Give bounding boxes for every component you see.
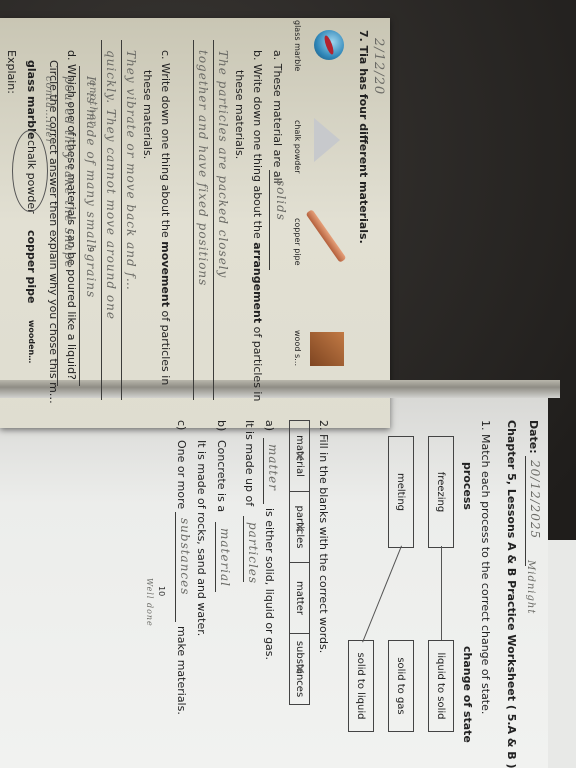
page-number-10: 10: [157, 586, 166, 596]
teacher-note: Well done: [145, 578, 154, 627]
material-label: chalk powder: [290, 120, 304, 174]
page-number-9: 9: [86, 247, 95, 252]
q2a-answer[interactable]: matter: [266, 444, 280, 491]
q2b-answer[interactable]: material: [218, 528, 232, 587]
answer-line: [263, 438, 264, 504]
q2a-text: is either solid, liquid or gas.: [262, 508, 276, 660]
answer-7b-line-1[interactable]: The particles are packed closely: [216, 50, 230, 278]
q2c-answer[interactable]: substances: [178, 518, 192, 595]
question-7b-prompt-cont: these materials.: [232, 70, 246, 159]
q2a-label: a): [262, 420, 276, 431]
answer-line: [269, 170, 270, 270]
date-label: Date:: [526, 420, 540, 454]
process-melting[interactable]: melting: [388, 436, 414, 548]
worksheet-title: Chapter 5, Lessons A & B Practice Worksh…: [504, 420, 518, 768]
question-1-prompt: 1. Match each process to the correct cha…: [478, 420, 492, 714]
answer-7d-line-3[interactable]: conta…iner: [43, 76, 54, 144]
side-sheet-handwriting: Midnight: [525, 560, 536, 614]
change-solid-to-liquid[interactable]: solid to liquid: [348, 640, 374, 732]
glass-marble-image: [314, 30, 344, 60]
answer-line: [243, 516, 244, 582]
change-solid-to-gas[interactable]: solid to gas: [388, 640, 414, 732]
top-date-handwriting: 2/12/20: [371, 38, 386, 95]
match-line-melting: [362, 546, 402, 643]
change-liquid-to-solid[interactable]: liquid to solid: [428, 640, 454, 732]
date-value[interactable]: 20/12/2025: [528, 460, 542, 539]
q2a-line2: It is made up of: [242, 420, 256, 506]
word-matter: matter: [290, 563, 309, 634]
column-process: process: [460, 462, 474, 510]
material-label: wood s…: [290, 330, 304, 366]
q2a-line2-answer[interactable]: particles: [246, 522, 260, 584]
explain-label: Explain:: [4, 50, 18, 94]
explain-answer-block: It is made of many small grains poured t…: [20, 6, 100, 386]
question-7c-prompt-cont: these materials.: [140, 70, 154, 159]
wood-block-image: [310, 332, 344, 366]
word-material: material: [290, 421, 309, 492]
q2b-line2: It is made of rocks, sand and water.: [194, 440, 208, 636]
answer-7a[interactable]: solids: [274, 180, 288, 221]
answer-line: [193, 40, 194, 400]
date-line: [525, 456, 526, 566]
column-change-of-state: change of state: [460, 646, 474, 743]
answer-7d-line-2[interactable]: poured they take the shape: [62, 76, 76, 269]
answer-line: [57, 66, 58, 386]
answer-line: [101, 40, 102, 400]
answer-line: [213, 40, 214, 400]
q2b-label: b): [214, 420, 228, 431]
question-7b-prompt: b. Write down one thing about the arrang…: [250, 50, 264, 401]
answer-7b-line-2[interactable]: together and have fixed positions: [196, 50, 210, 286]
answer-line: [121, 40, 122, 400]
answer-7c-line-2[interactable]: quickly. They cannot move around one: [104, 50, 118, 320]
match-line-freezing: [441, 546, 442, 640]
word-substances: substances: [290, 634, 309, 704]
question-2-prompt: 2. Fill in the blanks with the correct w…: [316, 420, 330, 653]
material-label: copper pipe: [290, 218, 304, 266]
answer-line: [175, 512, 176, 622]
page-10-content: Date: 20/12/2025 Chapter 5, Lessons A & …: [28, 400, 548, 768]
question-7-title: 7. Tia has four different materials.: [356, 30, 370, 244]
q2b-text: Concrete is a: [214, 440, 228, 512]
q2c-label: c): [174, 420, 188, 430]
answer-7d-line-1[interactable]: It is made of many small grains: [84, 76, 98, 298]
question-7c-prompt: c. Write down one thing about the moveme…: [158, 50, 172, 385]
q2c-suffix: make materials.: [174, 626, 188, 715]
answer-line: [79, 66, 80, 386]
process-freezing[interactable]: freezing: [428, 436, 454, 548]
material-label: glass marble: [290, 20, 304, 71]
question-7a-prompt: a. These material are all: [270, 50, 284, 184]
word-bank: material particles matter substances: [289, 420, 310, 705]
answer-7c-line-1[interactable]: They vibrate or move back and f…: [124, 50, 138, 291]
chalk-powder-image: [314, 118, 340, 162]
q2c-text: One or more: [174, 440, 188, 509]
answer-line: [215, 522, 216, 592]
copper-pipe-image: [306, 209, 347, 263]
word-particles: particles: [290, 492, 309, 563]
